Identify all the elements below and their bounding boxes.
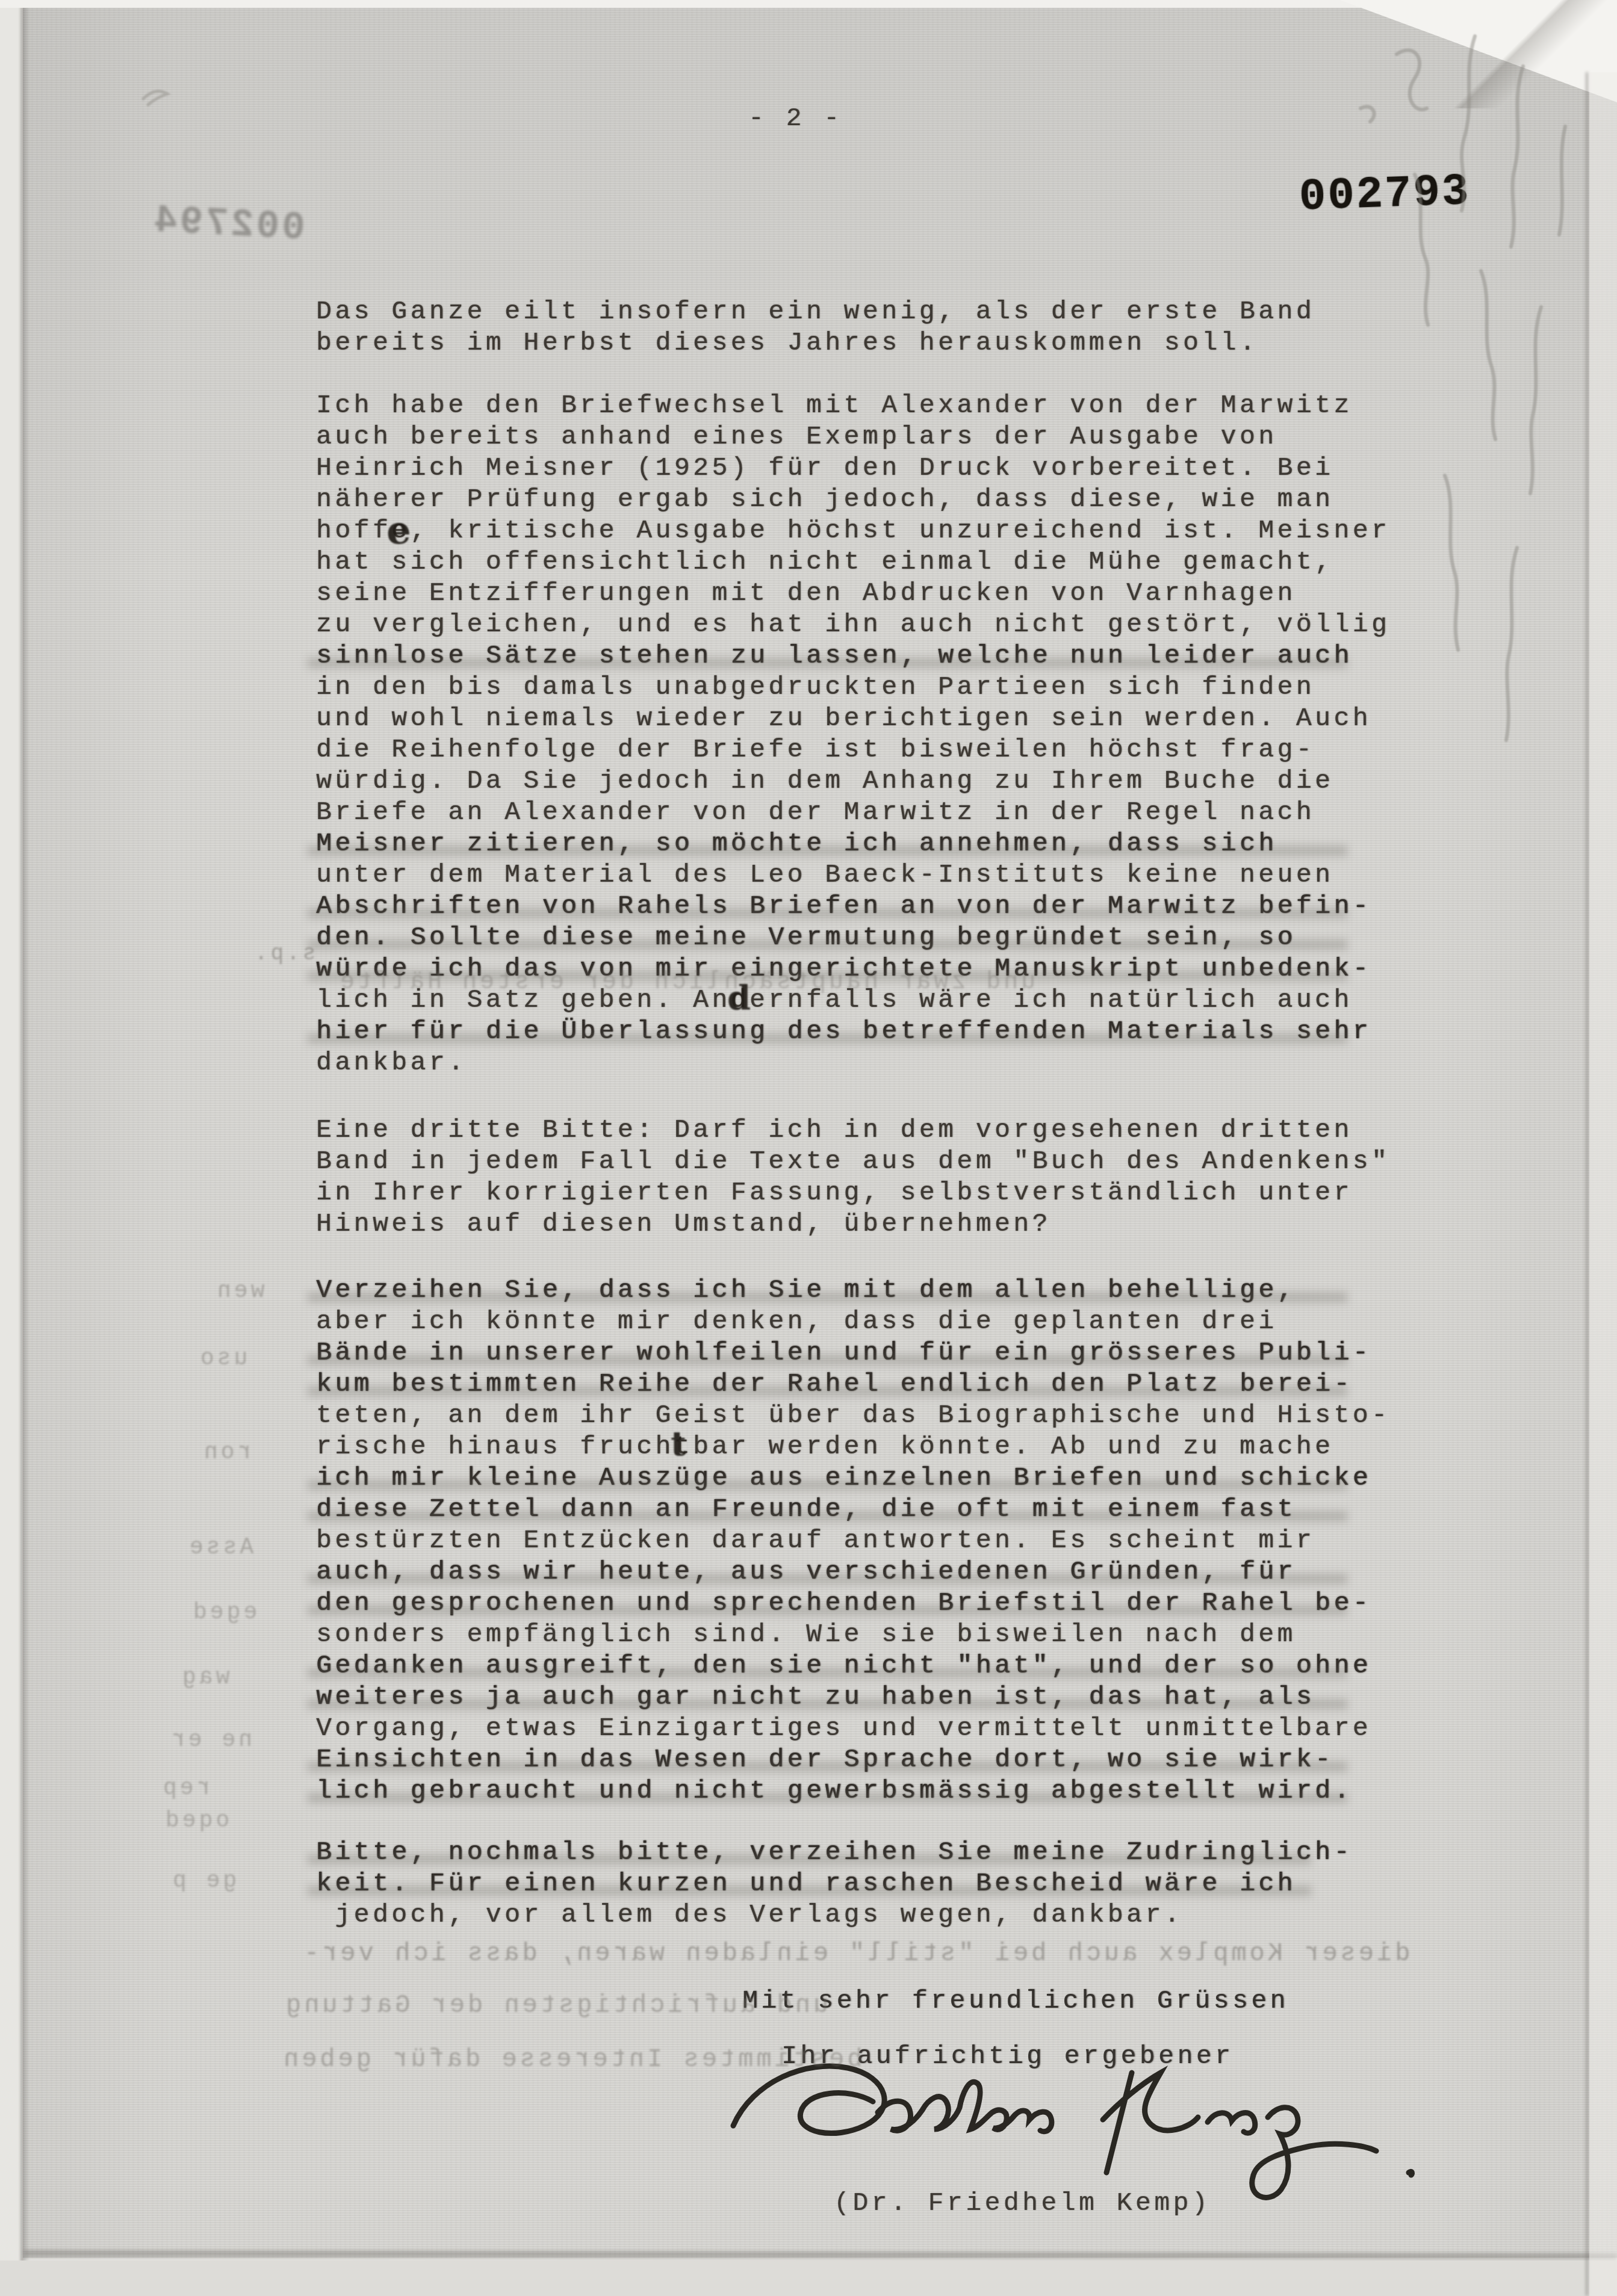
typed-line: sonders empfänglich sind. Wie sie biswei… [316, 1619, 1390, 1650]
typed-line: Briefe an Alexander von der Marwitz in d… [316, 797, 1390, 828]
bleedthrough-stamp: 002794 [151, 199, 306, 250]
typed-line: keit. Für einen kurzen und raschen Besch… [316, 1868, 1353, 1899]
typed-line: teten, an dem ihr Geist über das Biograp… [316, 1400, 1390, 1431]
typed-line: rische hinaus fruchtbar werden könnte. A… [316, 1431, 1390, 1462]
pencil-scribbles [1324, 18, 1607, 788]
ink-correction: e [386, 508, 411, 553]
typed-line: die Reihenfolge der Briefe ist bisweilen… [316, 734, 1390, 766]
typed-line: zu vergleichen, und es hat ihn auch nich… [316, 609, 1390, 640]
typed-line: lich gebraucht und nicht gewerbsmässig a… [316, 1775, 1390, 1807]
typed-line: Ich habe den Briefwechsel mit Alexander … [316, 390, 1390, 421]
typed-line: Das Ganze eilt insofern ein wenig, als d… [316, 296, 1315, 327]
typed-line: würdig. Da Sie jedoch in dem Anhang zu I… [316, 766, 1390, 797]
bleedthrough-text: bestimmtes Interesse dafür geben [281, 2045, 863, 2074]
typed-line: Heinrich Meisner (1925) für den Druck vo… [316, 453, 1390, 484]
typed-line: Vorgang, etwas Einzigartiges und vermitt… [316, 1713, 1390, 1744]
typed-line: bereits im Herbst dieses Jahres herausko… [316, 327, 1315, 359]
bleedthrough-text: oqed [163, 1808, 229, 1834]
typed-line: den gesprochenen und sprechenden Briefst… [316, 1588, 1390, 1619]
typed-line: hat sich offensichtlich nicht einmal die… [316, 546, 1390, 578]
typed-line: Meisner zitieren, so möchte ich annehmen… [316, 828, 1390, 859]
bleedthrough-text: ron [201, 1440, 251, 1465]
typed-line: hoffe, kritische Ausgabe höchst unzureic… [316, 515, 1390, 546]
typed-line: dankbar. [316, 1047, 1390, 1078]
bleedthrough-text: ne er [169, 1727, 252, 1753]
typed-line: sinnlose Sätze stehen zu lassen, welche … [316, 640, 1390, 672]
paragraph: Bitte, nochmals bitte, verzeihen Sie mei… [316, 1837, 1353, 1931]
typed-line: Einsichten in das Wesen der Sprache dort… [316, 1744, 1390, 1775]
typed-line: bestürzten Entzücken darauf antworten. E… [316, 1525, 1390, 1556]
typed-line: diese Zettel dann an Freunde, die oft mi… [316, 1494, 1390, 1525]
bleedthrough-text: und aufrichtigsten der Gattung [283, 1991, 828, 2020]
paper-edge-shadow-left [20, 6, 29, 2269]
bleedthrough-text: wen [214, 1278, 264, 1304]
typed-line: Verzeihen Sie, dass ich Sie mit dem alle… [316, 1275, 1390, 1306]
typed-line: den. Sollte diese meine Vermutung begrün… [316, 922, 1390, 953]
bleedthrough-text: s.p. [252, 941, 315, 966]
ink-correction: t [671, 1424, 686, 1464]
paragraph: Verzeihen Sie, dass ich Sie mit dem alle… [316, 1275, 1390, 1807]
typed-line: und wohl niemals wieder zu berichtigen s… [316, 703, 1390, 734]
underlying-sheet [0, 2260, 1617, 2296]
typed-line: näherer Prüfung ergab sich jedoch, dass … [316, 484, 1390, 515]
typed-line: unter dem Material des Leo Baeck-Institu… [316, 859, 1390, 891]
ink-correction: d [727, 979, 751, 1018]
scanned-letter-page: 002794 - 2 - 002793 Das Ganze eilt insof… [0, 0, 1617, 2296]
bleedthrough-text: Asse [187, 1535, 253, 1561]
bleedthrough-text: eged [190, 1600, 257, 1626]
typed-line: auch bereits anhand eines Exemplars der … [316, 421, 1390, 453]
pencil-mark [137, 77, 179, 113]
typed-line: in den bis damals unabgedruckten Partiee… [316, 672, 1390, 703]
typed-line: aber ich könnte mir denken, dass die gep… [316, 1306, 1390, 1337]
typed-line: Bände in unserer wohlfeilen und für ein … [316, 1337, 1390, 1369]
bleedthrough-text: uso [197, 1346, 247, 1372]
bleedthrough-text: wag [179, 1665, 229, 1691]
typed-line: Band in jedem Fall die Texte aus dem "Bu… [316, 1146, 1390, 1177]
typed-line: ich mir kleine Auszüge aus einzelnen Bri… [316, 1462, 1390, 1494]
handwritten-signature [716, 2055, 1451, 2211]
typed-line: kum bestimmten Reihe der Rahel endlich d… [316, 1369, 1390, 1400]
paragraph: Eine dritte Bitte: Darf ich in dem vorge… [316, 1115, 1390, 1240]
typed-line: Gedanken ausgreift, den sie nicht "hat",… [316, 1650, 1390, 1682]
typed-line: Abschriften von Rahels Briefen an von de… [316, 891, 1390, 922]
typed-line: weiteres ja auch gar nicht zu haben ist,… [316, 1682, 1390, 1713]
scanner-background-left [0, 0, 23, 2296]
paragraph: Das Ganze eilt insofern ein wenig, als d… [316, 296, 1315, 359]
typed-line: in Ihrer korrigierten Fassung, selbstver… [316, 1177, 1390, 1208]
typed-line: hier für die Überlassung des betreffende… [316, 1016, 1390, 1047]
typed-line: seine Entzifferungen mit den Abdrucken v… [316, 578, 1390, 609]
bleedthrough-text: dieser Komplex auch bei "still" einladen… [301, 1939, 1410, 1968]
typed-line: Hinweis auf diesen Umstand, übernehmen? [316, 1208, 1390, 1240]
bleedthrough-text: ge p [170, 1868, 237, 1894]
typed-line: Eine dritte Bitte: Darf ich in dem vorge… [316, 1115, 1390, 1146]
page-number: - 2 - [748, 104, 843, 133]
typed-line: auch, dass wir heute, aus verschiedenen … [316, 1556, 1390, 1588]
typed-line: Bitte, nochmals bitte, verzeihen Sie mei… [316, 1837, 1353, 1868]
bleedthrough-text: und zwar hauptsächlich der ersten Hälfte [337, 969, 1035, 996]
bleedthrough-text: rep [160, 1775, 210, 1801]
typed-line: jedoch, vor allem des Verlags wegen, dan… [316, 1899, 1353, 1931]
